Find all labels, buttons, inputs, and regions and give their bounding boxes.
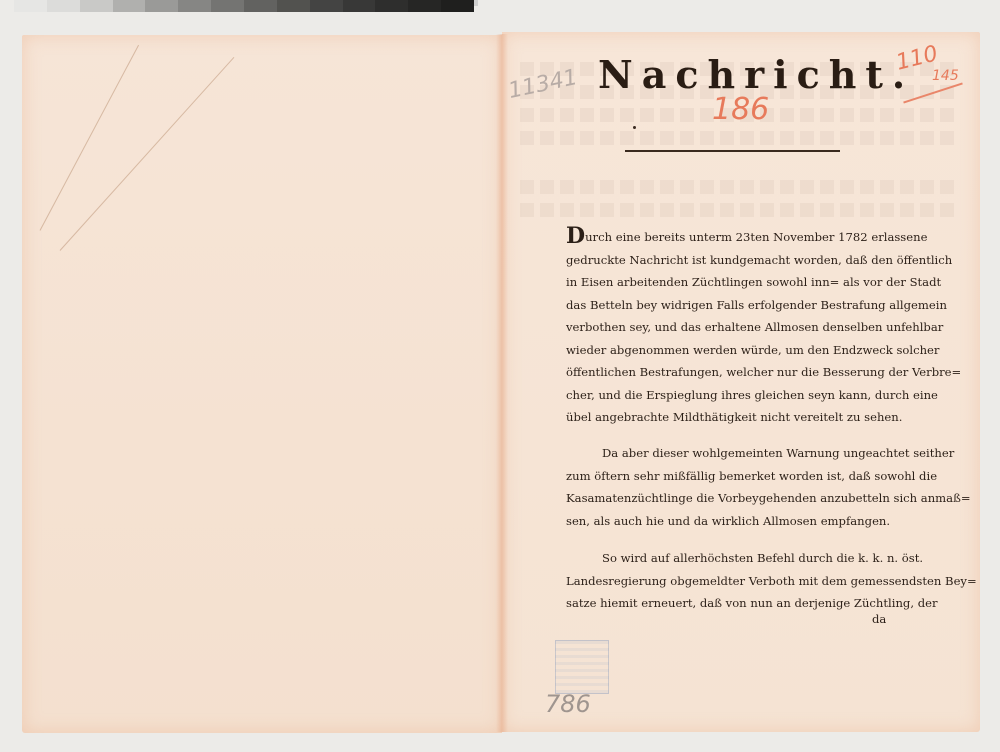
text-line: sen, als auch hie und da wirklich Allmos…	[566, 510, 922, 533]
library-stamp	[555, 640, 609, 694]
red-ink-number: 186	[712, 92, 769, 127]
title-rule	[625, 150, 840, 152]
color-strip-edge	[474, 0, 478, 6]
color-swatch	[211, 0, 244, 12]
text-line: Kasamatenzüchtlinge die Vorbeygehenden a…	[566, 487, 922, 510]
ornament-dot	[633, 126, 636, 129]
color-calibration-strip	[14, 0, 474, 12]
color-swatch	[277, 0, 310, 12]
color-swatch	[244, 0, 277, 12]
catchword: da	[872, 612, 886, 626]
color-swatch	[310, 0, 343, 12]
text-line: in Eisen arbeitenden Züchtlingen sowohl …	[566, 271, 922, 294]
text-line: So wird auf allerhöchsten Befehl durch d…	[566, 547, 922, 570]
document-title: Nachricht.	[598, 52, 914, 97]
text-line: gedruckte Nachricht ist kundgemacht word…	[566, 249, 922, 272]
drop-cap: D	[566, 223, 585, 249]
color-swatch	[14, 0, 47, 12]
text-line: Durch eine bereits unterm 23ten November…	[566, 226, 922, 249]
text-line: cher, und die Erspieglung ihres gleichen…	[566, 384, 922, 407]
color-swatch	[47, 0, 80, 12]
color-swatch	[343, 0, 376, 12]
color-swatch	[113, 0, 146, 12]
left-page-blank	[22, 35, 502, 733]
text-line: das Betteln bey widrigen Falls erfolgend…	[566, 294, 922, 317]
text-line: zum öftern sehr mißfällig bemerket worde…	[566, 465, 922, 488]
text-line: verbothen sey, und das erhaltene Allmose…	[566, 316, 922, 339]
text-line: Landesregierung obgemeldter Verboth mit …	[566, 570, 922, 593]
text-line: öffentlichen Bestrafungen, welcher nur d…	[566, 361, 922, 384]
red-ink-number-bottom: 145	[932, 68, 959, 84]
bleed-through-text	[520, 203, 960, 217]
bleed-through-text	[520, 180, 960, 194]
text-line: übel angebrachte Mildthätigkeit nicht ve…	[566, 406, 922, 429]
page-fold-spine	[496, 34, 508, 732]
color-swatch	[80, 0, 113, 12]
color-swatch	[178, 0, 211, 12]
bleed-through-text	[520, 131, 960, 145]
color-swatch	[408, 0, 441, 12]
text-line: Da aber dieser wohlgemeinten Warnung ung…	[566, 442, 922, 465]
color-swatch	[145, 0, 178, 12]
color-swatch	[375, 0, 408, 12]
paragraph-1: Durch eine bereits unterm 23ten November…	[566, 226, 922, 429]
color-swatch	[441, 0, 474, 12]
paragraph-2: Da aber dieser wohlgemeinten Warnung ung…	[566, 442, 922, 532]
pencil-inventory-number: 786	[545, 690, 591, 718]
text-line: satze hiemit erneuert, daß von nun an de…	[566, 592, 922, 615]
paragraph-3: So wird auf allerhöchsten Befehl durch d…	[566, 547, 922, 615]
text-line: wieder abgenommen werden würde, um den E…	[566, 339, 922, 362]
